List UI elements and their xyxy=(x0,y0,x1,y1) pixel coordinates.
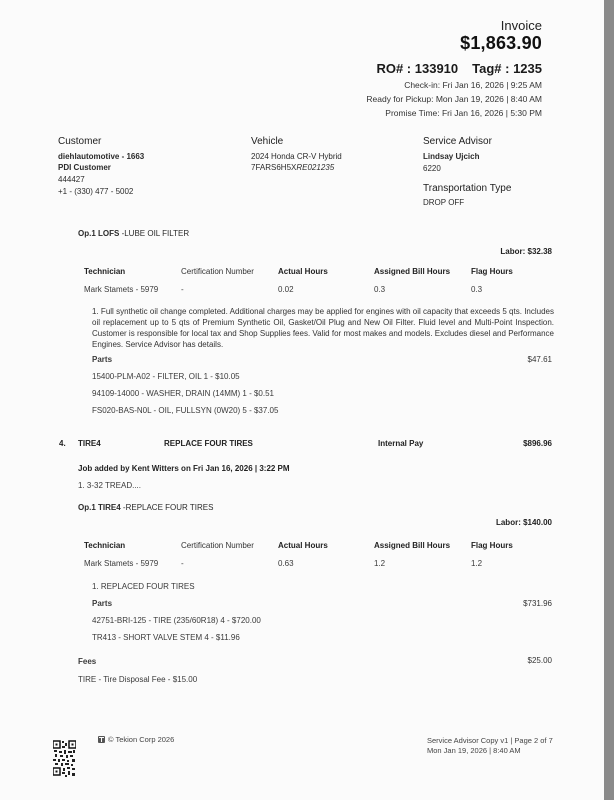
promise-time: Promise Time: Fri Jan 16, 2026 | 5:30 PM xyxy=(385,108,542,118)
op1-part-item: FS020-BAS-N0L - OIL, FULLSYN (0W20) 5 - … xyxy=(92,406,278,415)
op1-certification: - xyxy=(181,285,184,294)
ro-number: RO# : 133910 xyxy=(376,61,458,76)
op1-actual-hours: 0.02 xyxy=(278,285,294,294)
op1-th-flag-hours: Flag Hours xyxy=(471,267,513,276)
job4-th-technician: Technician xyxy=(84,541,125,550)
qr-code-icon xyxy=(53,740,76,778)
op1-assigned-bill-hours: 0.3 xyxy=(374,285,385,294)
op1-flag-hours: 0.3 xyxy=(471,285,482,294)
transportation-heading: Transportation Type xyxy=(423,183,511,194)
op1-th-assigned-bill-hours: Assigned Bill Hours xyxy=(374,267,450,276)
job4-op-code: Op.1 TIRE4 xyxy=(78,503,121,512)
service-advisor-id: 6220 xyxy=(423,164,441,173)
tag-number: Tag# : 1235 xyxy=(472,61,542,76)
ro-tag-line: RO# : 133910Tag# : 1235 xyxy=(376,61,542,76)
job4-th-actual-hours: Actual Hours xyxy=(278,541,328,550)
op1-part-item: 94109-14000 - WASHER, DRAIN (14MM) 1 - $… xyxy=(92,389,274,398)
op1-name: -LUBE OIL FILTER xyxy=(119,229,189,238)
job4-th-flag-hours: Flag Hours xyxy=(471,541,513,550)
job4-certification: - xyxy=(181,559,184,568)
job4-code: TIRE4 xyxy=(78,439,101,448)
op1-labor: Labor: $32.38 xyxy=(500,247,552,256)
copyright-text: © Tekion Corp 2026 xyxy=(108,735,174,744)
job4-op-name: -REPLACE FOUR TIRES xyxy=(121,503,214,512)
customer-account: diehlautomotive - 1663 xyxy=(58,152,144,161)
footer-copyright: © Tekion Corp 2026 xyxy=(98,735,174,744)
job4-flag-hours: 1.2 xyxy=(471,559,482,568)
job4-op-labor: Labor: $140.00 xyxy=(496,518,552,527)
invoice-page: Invoice $1,863.90 RO# : 133910Tag# : 123… xyxy=(0,0,604,800)
job4-technician: Mark Stamets - 5979 xyxy=(84,559,158,568)
op1-th-actual-hours: Actual Hours xyxy=(278,267,328,276)
job4-total: $896.96 xyxy=(523,439,552,448)
job4-th-assigned-bill-hours: Assigned Bill Hours xyxy=(374,541,450,550)
op1-parts-label: Parts xyxy=(92,355,112,364)
op1-parts-total: $47.61 xyxy=(528,355,552,364)
op1-description: 1. Full synthetic oil change completed. … xyxy=(92,306,554,350)
transportation-value: DROP OFF xyxy=(423,198,464,207)
op1-code: Op.1 LOFS xyxy=(78,229,119,238)
job4-assigned-bill-hours: 1.2 xyxy=(374,559,385,568)
customer-heading: Customer xyxy=(58,136,101,147)
job4-number: 4. xyxy=(59,439,66,448)
tekion-logo-icon xyxy=(98,736,105,743)
job4-op-description: 1. REPLACED FOUR TIRES xyxy=(92,582,195,591)
vin-prefix: 7FARS6H5X xyxy=(251,163,296,172)
vehicle-vin: 7FARS6H5XRE021235 xyxy=(251,163,334,172)
job4-op-title: Op.1 TIRE4 -REPLACE FOUR TIRES xyxy=(78,503,213,512)
scan-edge-shadow xyxy=(604,0,614,800)
invoice-total: $1,863.90 xyxy=(460,33,542,54)
footer-copy-info: Service Advisor Copy v1 | Page 2 of 7 xyxy=(427,736,553,745)
job4-parts-label: Parts xyxy=(92,599,112,608)
job4-fees-label: Fees xyxy=(78,657,96,666)
job4-fee-item: TIRE - Tire Disposal Fee - $15.00 xyxy=(78,675,197,684)
op1-th-technician: Technician xyxy=(84,267,125,276)
check-in-time: Check-in: Fri Jan 16, 2026 | 9:25 AM xyxy=(404,80,542,90)
job4-part-item: 42751-BRI-125 - TIRE (235/60R18) 4 - $72… xyxy=(92,616,261,625)
vin-suffix: RE021235 xyxy=(296,163,334,172)
vehicle-heading: Vehicle xyxy=(251,136,283,147)
job4-added-by: Job added by Kent Witters on Fri Jan 16,… xyxy=(78,464,290,473)
op1-title: Op.1 LOFS -LUBE OIL FILTER xyxy=(78,229,189,238)
customer-phone: +1 - (330) 477 - 5002 xyxy=(58,187,133,196)
op1-part-item: 15400-PLM-A02 - FILTER, OIL 1 - $10.05 xyxy=(92,372,240,381)
customer-name: PDI Customer xyxy=(58,163,111,172)
vehicle-description: 2024 Honda CR-V Hybrid xyxy=(251,152,342,161)
job4-pay-type: Internal Pay xyxy=(378,439,423,448)
job4-fees-total: $25.00 xyxy=(528,656,552,665)
op1-technician: Mark Stamets - 5979 xyxy=(84,285,158,294)
op1-th-certification: Certification Number xyxy=(181,267,254,276)
job4-actual-hours: 0.63 xyxy=(278,559,294,568)
service-advisor-heading: Service Advisor xyxy=(423,136,492,147)
job4-th-certification: Certification Number xyxy=(181,541,254,550)
job4-title: REPLACE FOUR TIRES xyxy=(164,439,253,448)
customer-id: 444427 xyxy=(58,175,85,184)
job4-part-item: TR413 - SHORT VALVE STEM 4 - $11.96 xyxy=(92,633,240,642)
service-advisor-name: Lindsay Ujcich xyxy=(423,152,479,161)
job4-parts-total: $731.96 xyxy=(523,599,552,608)
footer-printed-time: Mon Jan 19, 2026 | 8:40 AM xyxy=(427,746,521,755)
job4-note: 1. 3-32 TREAD.... xyxy=(78,481,141,490)
invoice-title: Invoice xyxy=(501,18,542,33)
ready-for-pickup-time: Ready for Pickup: Mon Jan 19, 2026 | 8:4… xyxy=(366,94,542,104)
